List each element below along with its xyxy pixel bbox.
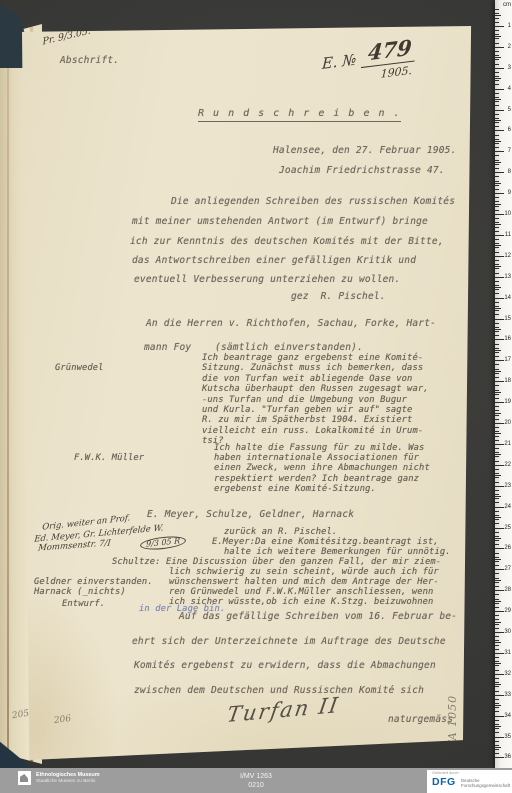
committee-names-line: E. Meyer, Schulze, Geldner, Harnack xyxy=(147,509,354,520)
emeyer-line2: halte ich weitere Bemerkungen für unnöti… xyxy=(224,547,451,557)
address-line: Joachim Friedrichstrasse 47. xyxy=(279,165,445,176)
signature-scrawl: Turfan II xyxy=(225,693,341,727)
closing-line1: Auf das gefällige Schreiben vom 16. Febr… xyxy=(179,611,457,622)
ruler-unit-label: cm xyxy=(503,2,511,8)
place-date-line: Halensee, den 27. Februar 1905. xyxy=(273,145,457,156)
funder-caption: Gefördert durch xyxy=(432,771,459,775)
zurueck-line: zurück an R. Pischel. xyxy=(224,527,337,537)
dfg-logo-card: Gefördert durch DFG Deutsche Forschungsg… xyxy=(427,770,512,793)
page-crease xyxy=(7,24,9,764)
dfg-logo-icon: DFG xyxy=(432,776,456,788)
document-page: Pr. 9/3.05. Abschrift. E. № 479 1905. R … xyxy=(22,26,472,760)
gruenwedel-label: Grünwedel xyxy=(55,363,104,373)
funder-name-line2: Forschungsgemeinschaft xyxy=(461,783,510,788)
para1-line5: eventuell Verbesserung unterziehen zu wo… xyxy=(134,274,400,285)
ruler: cm 1234567891011121314151617181920212223… xyxy=(495,0,512,768)
file-number-prefix: E. № xyxy=(322,50,357,72)
para1-line4: das Antwortschreiben einer gefälligen Kr… xyxy=(132,255,416,266)
schultze-line4: ren Grünwedel und F.W.K.Müller anschlies… xyxy=(169,587,433,597)
signature-typed: gez R. Pischel. xyxy=(291,291,386,302)
file-number-value: 479 xyxy=(361,34,417,68)
mueller-label: F.W.K. Müller xyxy=(74,453,144,463)
archive-footer-bar: Ethnologisches Museum Staatliche Museen … xyxy=(0,768,512,793)
schultze-line1: Schultze: Eine Discussion über den ganze… xyxy=(112,557,441,567)
archival-scan-viewer: 205 Pr. 9/3.05. Abschrift. E. № 479 1905… xyxy=(0,0,512,793)
file-number-annotation: E. № 479 1905. xyxy=(320,34,419,87)
page-number-current: 206 xyxy=(53,714,71,726)
para1-line2: mit meiner umstehenden Antwort (im Entwu… xyxy=(132,216,428,227)
copy-label: Abschrift. xyxy=(60,55,119,66)
naturgemaess-word: naturgemäss xyxy=(388,714,453,725)
para1-line1: Die anliegenden Schreiben des russischen… xyxy=(171,196,455,207)
schultze-line2: lich schwierig zu sein scheint, würde au… xyxy=(169,567,439,577)
gruenwedel-statement: Ich beantrage ganz ergebenst eine Komité… xyxy=(202,353,470,447)
letter-heading: R u n d s c h r e i b e n . xyxy=(198,108,401,122)
closing-line2: ehrt sich der Unterzeichnete im Auftrage… xyxy=(132,636,446,647)
closing-line4: zwischen dem Deutschen und Russischen Ko… xyxy=(134,685,424,696)
addressees-line1: An die Herren v. Richthofen, Sachau, For… xyxy=(146,318,436,329)
margin-geldner: Geldner einverstanden. xyxy=(34,577,153,587)
mueller-statement: Ich halte die Fassung für zu milde. Was … xyxy=(214,443,472,494)
received-date-note: Pr. 9/3.05. xyxy=(42,25,91,47)
side-mark-ta1050: TA 1050 xyxy=(446,668,459,748)
margin-entwurf: Entwurf. xyxy=(62,599,105,609)
para1-line3: ich zur Kenntnis des deutschen Komités m… xyxy=(130,236,444,247)
closing-line3: Komités ergebenst zu erwidern, dass die … xyxy=(134,660,436,671)
margin-harnack: Harnack (_nichts) xyxy=(34,587,126,597)
emeyer-line1: E.Meyer:Da eine Komitésitzg.beantragt is… xyxy=(212,537,439,547)
orig-note-date: 9/3 05 R xyxy=(140,535,186,552)
addressees-line2: mann Foy (sämtlich einverstanden). xyxy=(144,342,363,353)
schultze-line3: wünschenswert halten und mich dem Antrag… xyxy=(169,577,439,587)
